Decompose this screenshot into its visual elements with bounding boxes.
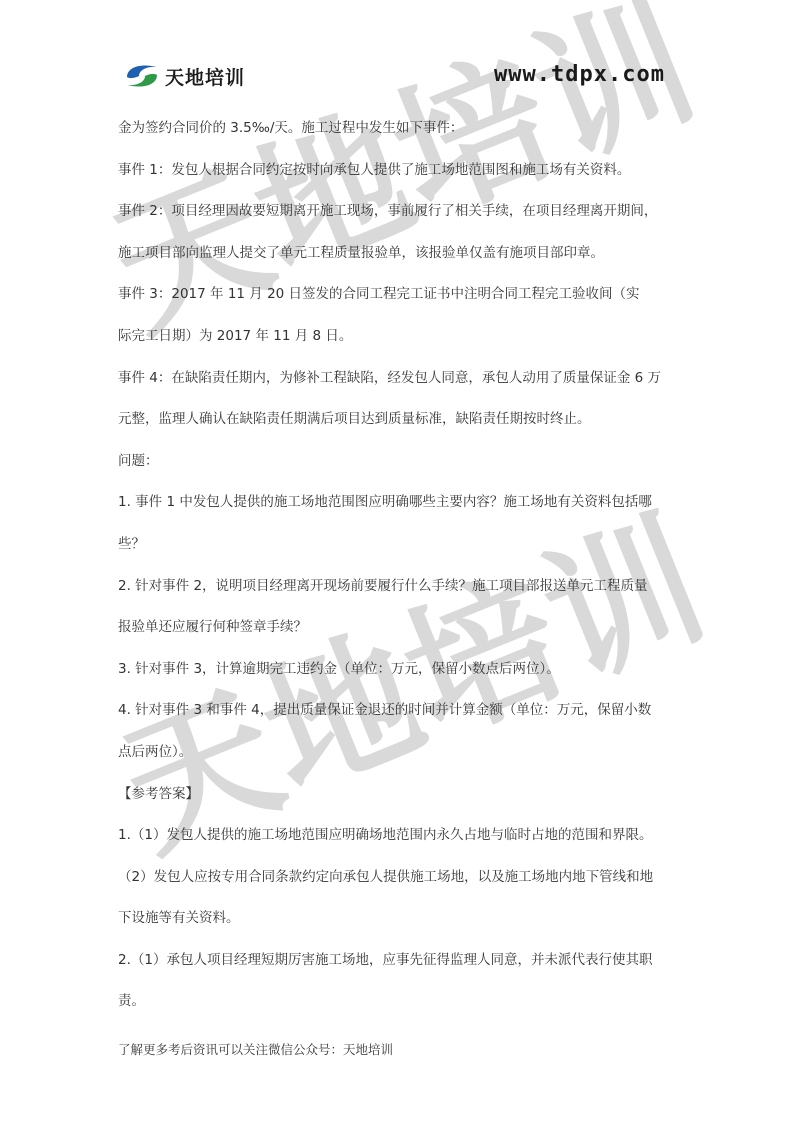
text-line: 4. 针对事件 3 和事件 4，提出质量保证金退还的时间并计算金额（单位：万元，…: [118, 690, 683, 732]
text-line: （2）发包人应按专用合同条款约定向承包人提供施工场地，以及施工场地内地下管线和地: [118, 857, 683, 899]
brand-logo: 天地培训: [125, 62, 245, 90]
text-line: 金为签约合同价的 3.5‰/天。施工过程中发生如下事件：: [118, 108, 683, 150]
text-line: 下设施等有关资料。: [118, 898, 683, 940]
text-line: 些？: [118, 524, 683, 566]
text-line: 报验单还应履行何种签章手续？: [118, 607, 683, 649]
text-line: 事件 2：项目经理因故要短期离开施工现场，事前履行了相关手续，在项目经理离开期间…: [118, 191, 683, 233]
swirl-logo-icon: [125, 62, 159, 90]
questions-heading: 问题：: [118, 441, 683, 483]
text-line: 事件 1：发包人根据合同约定按时向承包人提供了施工场地范围图和施工场有关资料。: [118, 150, 683, 192]
document-body: 金为签约合同价的 3.5‰/天。施工过程中发生如下事件： 事件 1：发包人根据合…: [118, 108, 683, 1023]
answer-heading: 【参考答案】: [118, 774, 683, 816]
page-header: 天地培训 www.tdpx.com: [0, 0, 793, 100]
text-line: 际完工日期）为 2017 年 11 月 8 日。: [118, 316, 683, 358]
text-line: 1. 事件 1 中发包人提供的施工场地范围图应明确哪些主要内容？施工场地有关资料…: [118, 482, 683, 524]
text-line: 事件 4：在缺陷责任期内，为修补工程缺陷，经发包人同意，承包人动用了质量保证金 …: [118, 358, 683, 400]
text-line: 施工项目部向监理人提交了单元工程质量报验单，该报验单仅盖有施项目部印章。: [118, 233, 683, 275]
brand-name: 天地培训: [165, 63, 245, 90]
text-line: 元整，监理人确认在缺陷责任期满后项目达到质量标准，缺陷责任期按时终止。: [118, 399, 683, 441]
text-line: 3. 针对事件 3，计算逾期完工违约金（单位：万元，保留小数点后两位）。: [118, 649, 683, 691]
text-line: 责。: [118, 981, 683, 1023]
text-line: 点后两位）。: [118, 732, 683, 774]
text-line: 事件 3：2017 年 11 月 20 日签发的合同工程完工证书中注明合同工程完…: [118, 274, 683, 316]
text-line: 2. 针对事件 2，说明项目经理离开现场前要履行什么手续？施工项目部报送单元工程…: [118, 566, 683, 608]
text-line: 2.（1）承包人项目经理短期厉害施工场地，应事先征得监理人同意，并未派代表行使其…: [118, 940, 683, 982]
text-line: 1.（1）发包人提供的施工场地范围应明确场地范围内永久占地与临时占地的范围和界限…: [118, 815, 683, 857]
site-url: www.tdpx.com: [494, 62, 665, 87]
page-footer: 了解更多考后资讯可以关注微信公众号：天地培训: [118, 1040, 393, 1058]
